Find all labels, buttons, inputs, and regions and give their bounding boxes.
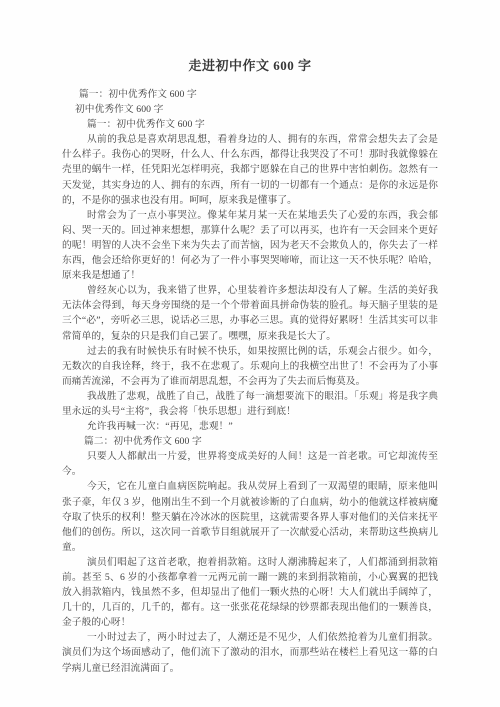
paragraph: 只要人人都献出一片爱，世界将变成美好的人间！这是一首老歌。可它却流传至今。 [62, 449, 438, 479]
paragraph: 一小时过去了，两小时过去了，人潮还是不见少，人们依然抢着为儿童们捐款。演员们为这… [62, 630, 438, 675]
paragraph: 过去的我有时候快乐有时候不快乐，如果按照比例的话，乐观会占很少。如今，无数次的自… [62, 344, 438, 389]
paragraph: 允许我再喊一次：“再见，悲观！” [62, 419, 438, 434]
document-body: 篇一：初中优秀作文 600 字初中优秀作文 600 字篇一：初中优秀作文 600… [62, 87, 438, 676]
paragraph: 我战胜了悲观，战胜了自己，战胜了每一滴想要流下的眼泪。「乐观」将是我字典里永远的… [62, 389, 438, 419]
section-heading: 篇一：初中优秀作文 600 字 [62, 87, 438, 102]
section-heading: 篇一：初中优秀作文 600 字 [62, 117, 438, 132]
section-heading: 篇二：初中优秀作文 600 字 [62, 434, 438, 449]
paragraph: 时常会为了一点小事哭泣。像某年某月某一天在某地丢失了心爱的东西，我会郁闷、哭一天… [62, 208, 438, 283]
section-heading: 初中优秀作文 600 字 [62, 102, 438, 117]
paragraph: 曾经灰心以为，我来错了世界，心里装着许多想法却没有人了解。生活的美好我无法体会得… [62, 283, 438, 343]
paragraph: 今天，它在儿童白血病医院响起。我从荧屏上看到了一双渴望的眼睛，原来他叫张子豪，年… [62, 479, 438, 554]
document-page: 走进初中作文 600 字 篇一：初中优秀作文 600 字初中优秀作文 600 字… [0, 0, 500, 707]
page-title: 走进初中作文 600 字 [0, 0, 500, 74]
paragraph: 从前的我总是喜欢胡思乱想，看着身边的人、拥有的东西，常常会想失去了会是什么样子。… [62, 132, 438, 207]
paragraph: 演员们唱起了这首老歌，抱着捐款箱。这时人潮沸腾起来了，人们都涌到捐款箱前。甚至 … [62, 555, 438, 630]
